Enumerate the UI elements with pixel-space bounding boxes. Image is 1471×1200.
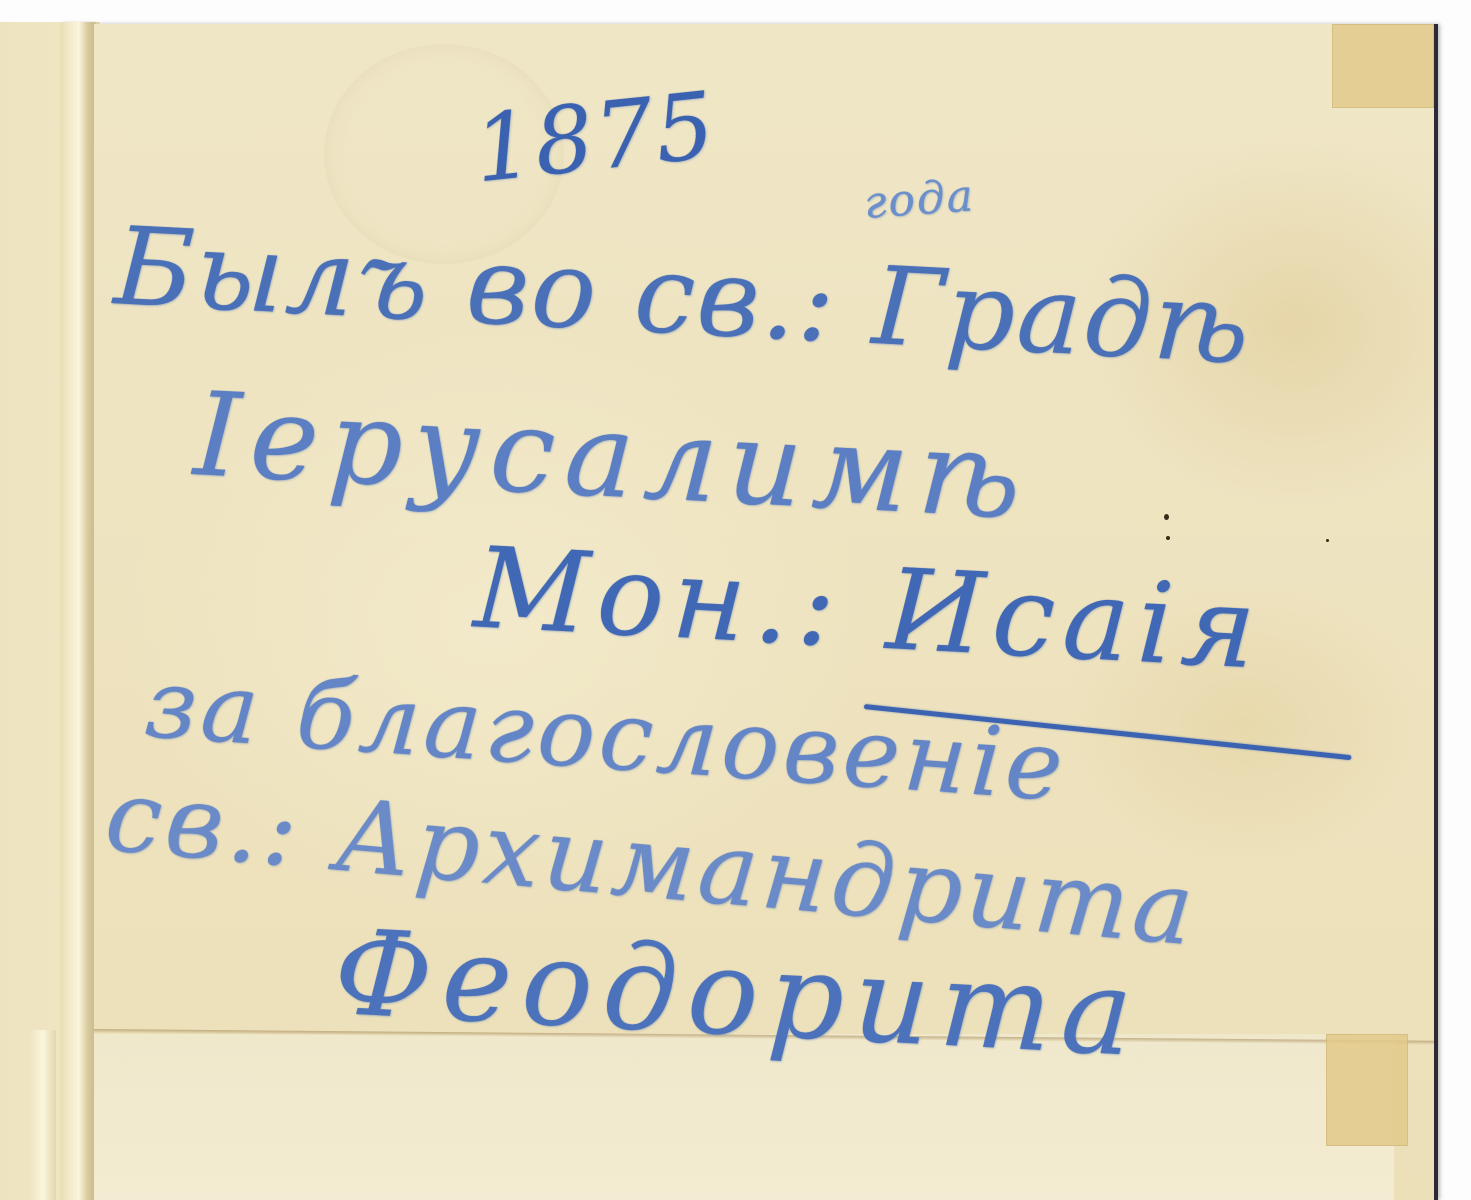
ink-spot [1164, 514, 1169, 520]
lower-fold-crease [30, 1030, 56, 1200]
year-suffix-text: года [862, 170, 976, 229]
tape-strip-bottom [1326, 1034, 1408, 1146]
paper-sheet: 1875 года Былъ во св.: Градѣ Іерусалимѣ … [94, 24, 1434, 1200]
ink-spot [1326, 539, 1329, 542]
ink-spot [1166, 536, 1170, 540]
vertical-fold-crease [60, 22, 94, 1200]
inscription-line-3: Іерусалимѣ [191, 367, 1034, 546]
inscription-line-4: Мон.: Исаія [471, 523, 1267, 694]
tape-strip-top [1332, 24, 1434, 108]
inscription-line-2: Былъ во св.: Градѣ [112, 204, 1255, 388]
document-scan: 1875 года Былъ во св.: Градѣ Іерусалимѣ … [0, 0, 1471, 1200]
